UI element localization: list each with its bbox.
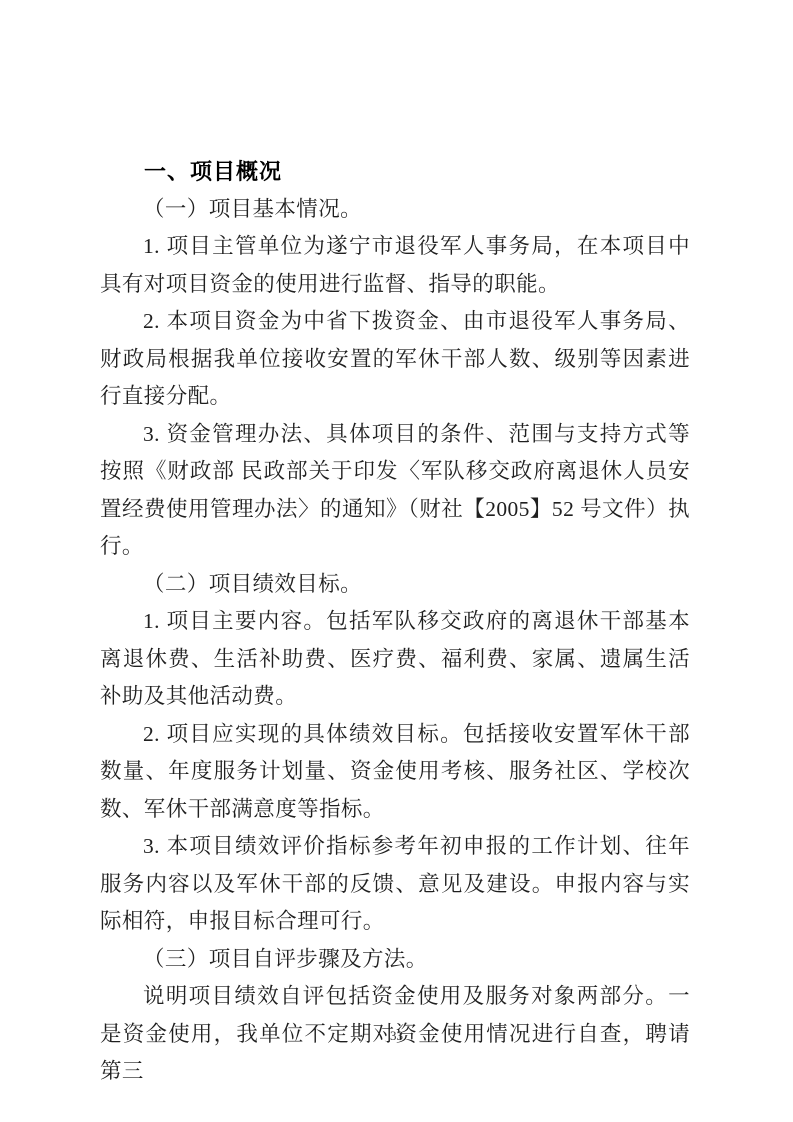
sub-heading: （三）项目自评步骤及方法。: [100, 941, 690, 979]
body-paragraph: 1. 项目主要内容。包括军队移交政府的离退休干部基本离退休费、生活补助费、医疗费…: [100, 603, 690, 716]
document-content: 一、项目概况 （一）项目基本情况。1. 项目主管单位为遂宁市退役军人事务局，在本…: [100, 153, 690, 1091]
body-paragraph: 1. 项目主管单位为遂宁市退役军人事务局，在本项目中具有对项目资金的使用进行监督…: [100, 228, 690, 303]
paragraph-list: （一）项目基本情况。1. 项目主管单位为遂宁市退役军人事务局，在本项目中具有对项…: [100, 191, 690, 1091]
document-page: 一、项目概况 （一）项目基本情况。1. 项目主管单位为遂宁市退役军人事务局，在本…: [0, 0, 793, 1122]
body-paragraph: 2. 本项目资金为中省下拨资金、由市退役军人事务局、财政局根据我单位接收安置的军…: [100, 303, 690, 416]
body-paragraph: 3. 本项目绩效评价指标参考年初申报的工作计划、往年服务内容以及军休干部的反馈、…: [100, 828, 690, 941]
body-paragraph: 3. 资金管理办法、具体项目的条件、范围与支持方式等按照《财政部 民政部关于印发…: [100, 416, 690, 566]
page-number: 33: [0, 1028, 793, 1044]
body-paragraph: 2. 项目应实现的具体绩效目标。包括接收安置军休干部数量、年度服务计划量、资金使…: [100, 716, 690, 829]
sub-heading: （二）项目绩效目标。: [100, 566, 690, 604]
sub-heading: （一）项目基本情况。: [100, 191, 690, 229]
section-heading: 一、项目概况: [100, 153, 690, 191]
